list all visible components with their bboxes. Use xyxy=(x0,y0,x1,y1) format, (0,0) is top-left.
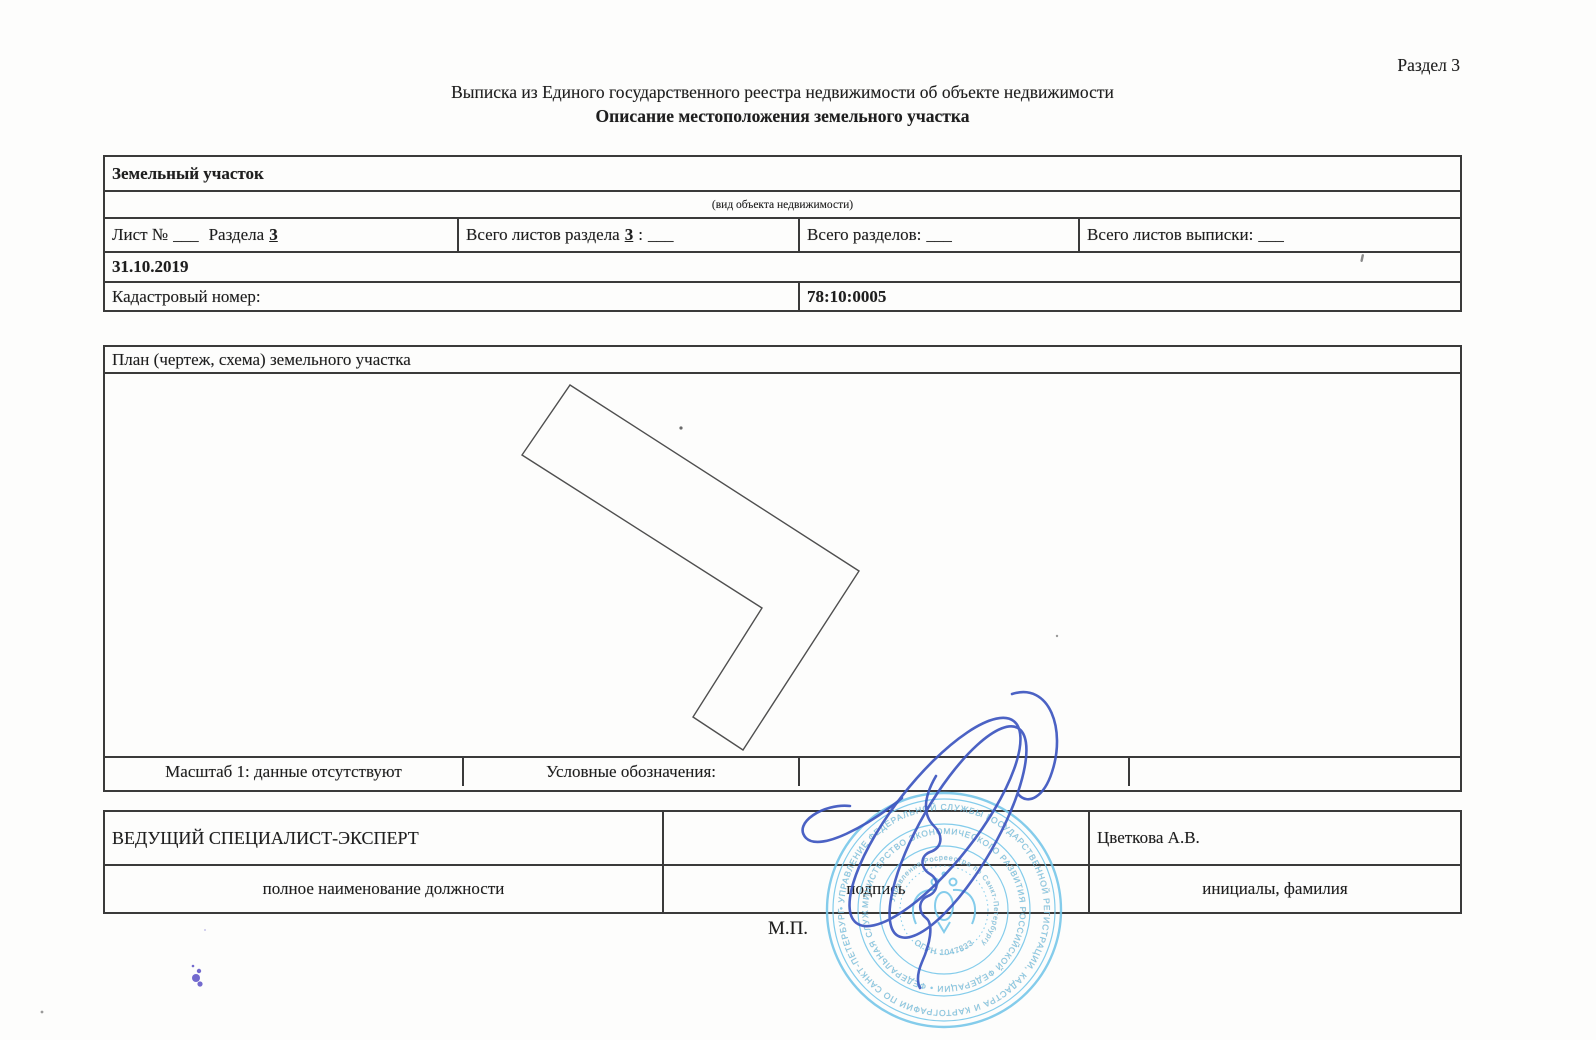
signature-caption-cell: подпись xyxy=(664,866,1090,912)
object-type-caption-row: (вид объекта недвижимости) xyxy=(105,192,1460,219)
legend-empty-cell-1 xyxy=(800,758,1130,786)
sheet-blank: ___ xyxy=(173,225,199,245)
sheet-number-cell: Лист № ___ Раздела 3 xyxy=(105,219,459,251)
signature-table: ВЕДУЩИЙ СПЕЦИАЛИСТ-ЭКСПЕРТ Цветкова А.В.… xyxy=(103,810,1462,914)
signature-values-row: ВЕДУЩИЙ СПЕЦИАЛИСТ-ЭКСПЕРТ Цветкова А.В. xyxy=(105,812,1460,866)
position-cell: ВЕДУЩИЙ СПЕЦИАЛИСТ-ЭКСПЕРТ xyxy=(105,812,664,864)
info-table: Земельный участок (вид объекта недвижимо… xyxy=(103,155,1462,312)
cadastral-label: Кадастровый номер: xyxy=(112,287,261,307)
scan-speck xyxy=(41,1011,44,1014)
stamp-ogrn-text: ОГРН 1047833 xyxy=(913,938,976,957)
legend-cell: Условные обозначения: xyxy=(464,758,800,786)
plan-header: План (чертеж, схема) земельного участка xyxy=(112,350,411,370)
date-cell: 31.10.2019 xyxy=(105,253,1460,281)
sections-total-cell: Всего разделов: ___ xyxy=(800,219,1080,251)
section-number: 3 xyxy=(269,225,278,245)
plan-header-row: План (чертеж, схема) земельного участка xyxy=(105,347,1460,374)
legend-empty-cell-2 xyxy=(1130,758,1460,786)
cadastral-label-cell: Кадастровый номер: xyxy=(105,283,800,310)
position-caption: полное наименование должности xyxy=(263,879,505,899)
name-cell: Цветкова А.В. xyxy=(1090,812,1460,864)
position-caption-cell: полное наименование должности xyxy=(105,866,664,912)
plan-footer-row: Масштаб 1: данные отсутствуют Условные о… xyxy=(105,758,1460,786)
sheets-in-section-label: Всего листов раздела xyxy=(466,225,620,245)
cadastral-value-cell: 78:10:0005 xyxy=(800,283,1460,310)
name-caption: инициалы, фамилия xyxy=(1202,879,1347,899)
object-type-row: Земельный участок xyxy=(105,157,1460,192)
document-page: Раздел 3 Выписка из Единого государствен… xyxy=(0,0,1596,1040)
object-type-caption: (вид объекта недвижимости) xyxy=(712,199,853,211)
sheets-in-section-cell: Всего листов раздела 3 : ___ xyxy=(459,219,800,251)
cadastral-number: 78:10:0005 xyxy=(807,287,886,307)
ink-blot xyxy=(192,929,206,987)
date-row: 31.10.2019 xyxy=(105,253,1460,283)
document-title: Выписка из Единого государственного реес… xyxy=(103,82,1462,103)
object-type-cell: Земельный участок xyxy=(105,157,1460,190)
scale-cell: Масштаб 1: данные отсутствуют xyxy=(105,758,464,786)
sheets-in-section-number: 3 xyxy=(625,225,634,245)
sections-total-blank: ___ xyxy=(926,225,952,245)
plan-table: План (чертеж, схема) земельного участка … xyxy=(103,345,1462,792)
extract-sheets-cell: Всего листов выписки: ___ xyxy=(1080,219,1460,251)
sheets-in-section-sep: : xyxy=(638,225,643,245)
sections-total-label: Всего разделов: xyxy=(807,225,921,245)
object-type-caption-cell: (вид объекта недвижимости) xyxy=(105,192,1460,217)
section-word: Раздела xyxy=(209,225,265,245)
document-subtitle: Описание местоположения земельного участ… xyxy=(103,106,1462,127)
plan-drawing-row xyxy=(105,374,1460,758)
scale-text: Масштаб 1: данные отсутствуют xyxy=(165,762,402,782)
date-value: 31.10.2019 xyxy=(112,257,189,277)
name-caption-cell: инициалы, фамилия xyxy=(1090,866,1460,912)
official-name: Цветкова А.В. xyxy=(1097,828,1200,848)
plan-drawing-cell xyxy=(105,374,1460,756)
section-label: Раздел 3 xyxy=(1260,55,1460,76)
signature-cell xyxy=(664,812,1090,864)
cadastral-row: Кадастровый номер: 78:10:0005 xyxy=(105,283,1460,310)
object-type-value: Земельный участок xyxy=(112,164,264,184)
position-title: ВЕДУЩИЙ СПЕЦИАЛИСТ-ЭКСПЕРТ xyxy=(112,828,419,849)
sheet-numbers-row: Лист № ___ Раздела 3 Всего листов раздел… xyxy=(105,219,1460,253)
stamp-place-label: М.П. xyxy=(688,918,888,940)
legend-text: Условные обозначения: xyxy=(546,762,716,782)
extract-sheets-blank: ___ xyxy=(1258,225,1284,245)
sheets-in-section-blank: ___ xyxy=(648,225,674,245)
svg-text:ОГРН 1047833: ОГРН 1047833 xyxy=(913,938,976,957)
signature-captions-row: полное наименование должности подпись ин… xyxy=(105,866,1460,912)
extract-sheets-label: Всего листов выписки: xyxy=(1087,225,1253,245)
signature-caption: подпись xyxy=(846,879,905,899)
sheet-label: Лист № xyxy=(112,225,168,245)
plan-header-cell: План (чертеж, схема) земельного участка xyxy=(105,347,1460,372)
